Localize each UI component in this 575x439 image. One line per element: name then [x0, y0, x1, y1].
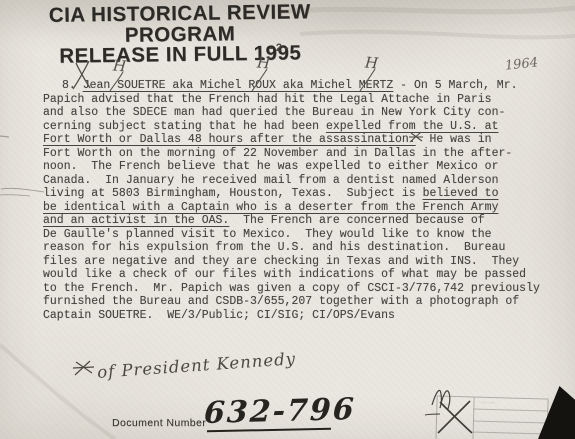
- typed-text: and also the SDECE man had queried the B…: [43, 106, 505, 119]
- stamp-line-1: CIA HISTORICAL REVIEW PROGRAM: [4, 1, 357, 48]
- typed-line: to the French. Mr. Papich was given a co…: [43, 282, 553, 296]
- scanned-document-page: CIA HISTORICAL REVIEW PROGRAM RELEASE IN…: [0, 0, 575, 439]
- document-number-label: Document Number: [112, 417, 206, 429]
- handwritten-h-mark: H: [112, 56, 127, 75]
- typed-line: Papich advised that the French had hit t…: [43, 93, 553, 107]
- handwritten-year: 1964: [504, 55, 538, 73]
- typed-line: be identical with a Captain who is a des…: [43, 201, 553, 215]
- typed-text: Papich advised that the French had hit t…: [43, 93, 492, 106]
- underlined-typed-text: Fort Worth or Dallas 48 hours after the …: [43, 133, 416, 146]
- footnote-star-mark: [73, 361, 94, 375]
- handwritten-h-mark: H: [256, 53, 271, 72]
- underlined-typed-text: and an activist in the OAS.: [43, 214, 229, 227]
- typed-line: Captain SOUETRE. WE/3/Public; CI/SIG; CI…: [43, 309, 553, 323]
- typed-line: Fort Worth on the morning of 22 November…: [43, 147, 553, 161]
- typed-line: Fort Worth or Dallas 48 hours after the …: [43, 133, 553, 147]
- typed-text: files are negative and they are checking…: [43, 255, 519, 268]
- routing-box-row-line: [473, 408, 547, 411]
- routing-box-row-line: [473, 420, 547, 423]
- typed-line: cerning subject stating that he had been…: [43, 120, 553, 134]
- underlined-typed-text: be identical with a Captain who is a des…: [43, 201, 498, 214]
- typed-text: to the French. Mr. Papich was given a co…: [43, 282, 540, 295]
- routing-box-divider: [472, 397, 474, 439]
- typed-line: and an activist in the OAS. The French a…: [43, 214, 553, 228]
- document-number-value: 632-796: [203, 392, 356, 431]
- illegible-stamp-text: ·—··: [440, 402, 452, 408]
- underlined-typed-text: believed to: [423, 187, 499, 200]
- illegible-stamp-text: ··—·—··: [477, 400, 499, 407]
- typed-text: Canada. In January he received mail from…: [43, 174, 498, 187]
- typed-line: De Gaulle's planned visit to Mexico. The…: [43, 228, 553, 242]
- typed-text: furnished the Bureau and CSDB-3/655,207 …: [43, 295, 519, 308]
- typed-line: noon. The French believe that he was exp…: [43, 160, 553, 174]
- typed-line: Canada. In January he received mail from…: [43, 174, 553, 188]
- typed-text: Fort Worth on the morning of 22 November…: [43, 147, 512, 160]
- typed-text: He was in: [416, 133, 492, 146]
- typed-line: 8. Jean SOUETRE aka Michel ROUX aka Mich…: [43, 79, 553, 93]
- typed-line: files are negative and they are checking…: [43, 255, 553, 269]
- stamp-line-2: RELEASE IN FULL 1995: [4, 43, 356, 68]
- handwritten-h-mark: H: [364, 53, 379, 72]
- typed-line: reason for his expulsion from the U.S. a…: [43, 241, 553, 255]
- document-body: 8. Jean SOUETRE aka Michel ROUX aka Mich…: [43, 79, 553, 322]
- typed-line: living at 5803 Birmingham, Houston, Texa…: [43, 187, 553, 201]
- margin-stray-mark: [0, 136, 44, 196]
- typed-text: De Gaulle's planned visit to Mexico. The…: [43, 228, 492, 241]
- typed-text: 8.: [62, 79, 83, 92]
- typed-text: reason for his expulsion from the U.S. a…: [43, 241, 505, 254]
- underlined-typed-text: expelled from the U.S. at: [326, 120, 499, 133]
- typed-text: The French are concerned because of: [229, 214, 484, 227]
- routing-box-row-line: [473, 431, 547, 434]
- routing-stamp-box: ··—·—·· ·—··: [435, 395, 548, 439]
- typed-line: and also the SDECE man had queried the B…: [43, 106, 553, 120]
- typed-text: cerning subject stating that he had been: [43, 120, 326, 133]
- typed-line: would like a check of our files with ind…: [43, 268, 553, 282]
- typed-text: would like a check of our files with ind…: [43, 268, 526, 281]
- typed-text: - On 5 March, Mr.: [393, 79, 517, 92]
- underlined-typed-text: Jean SOUETRE aka Michel ROUX aka Michel …: [83, 79, 394, 92]
- cia-release-stamp: CIA HISTORICAL REVIEW PROGRAM RELEASE IN…: [4, 1, 357, 68]
- page-number: -2-: [268, 43, 291, 55]
- typed-text: Captain SOUETRE. WE/3/Public; CI/SIG; CI…: [43, 309, 395, 322]
- typed-text: noon. The French believe that he was exp…: [43, 160, 498, 173]
- typed-line: furnished the Bureau and CSDB-3/655,207 …: [43, 295, 553, 309]
- handwritten-footnote: of President Kennedy: [97, 349, 297, 382]
- typed-text: living at 5803 Birmingham, Houston, Texa…: [43, 187, 423, 200]
